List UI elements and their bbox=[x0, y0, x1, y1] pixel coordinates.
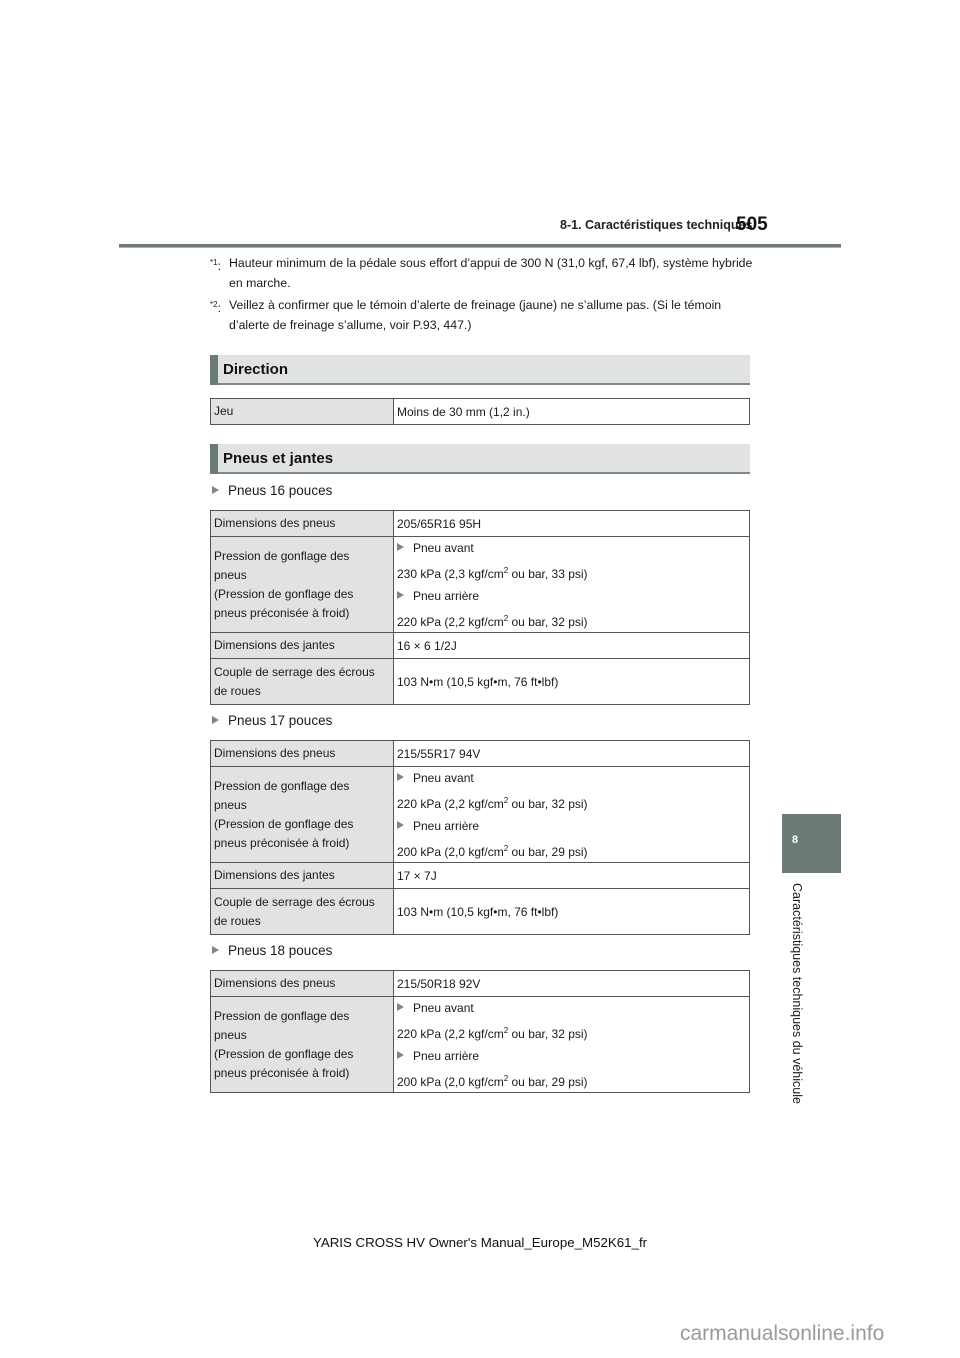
front-tire-pressure: 230 kPa (2,3 kgf/cm2 ou bar, 33 psi) bbox=[397, 564, 746, 584]
row-label: Dimensions des pneus bbox=[211, 741, 394, 767]
row-value: 103 N•m (10,5 kgf•m, 76 ft•lbf) bbox=[394, 659, 750, 705]
row-label: Couple de serrage des écrous de roues bbox=[211, 659, 394, 705]
footnote-2: *2: Veillez à confirmer que le témoin d’… bbox=[210, 295, 755, 335]
section-heading-tires: Pneus et jantes bbox=[210, 444, 750, 474]
row-label: Dimensions des jantes bbox=[211, 633, 394, 659]
footnote-1: *1: Hauteur minimum de la pédale sous ef… bbox=[210, 253, 755, 293]
table-row: Couple de serrage des écrous de roues 10… bbox=[211, 889, 750, 935]
row-value: Pneu avant 220 kPa (2,2 kgf/cm2 ou bar, … bbox=[394, 997, 750, 1093]
header-rule bbox=[119, 244, 841, 248]
row-label: Pression de gonflage des pneus (Pression… bbox=[211, 537, 394, 633]
row-value: 205/65R16 95H bbox=[394, 511, 750, 537]
direction-table: Jeu Moins de 30 mm (1,2 in.) bbox=[210, 398, 750, 425]
table-row: Couple de serrage des écrous de roues 10… bbox=[211, 659, 750, 705]
row-label: Pression de gonflage des pneus (Pression… bbox=[211, 767, 394, 863]
triangle-bullet-icon bbox=[212, 946, 219, 954]
triangle-bullet-icon bbox=[397, 1051, 404, 1059]
watermark: carmanualsonline.info bbox=[680, 1322, 884, 1346]
rear-tire-label: Pneu arrière bbox=[397, 816, 746, 836]
table-row: Pression de gonflage des pneus (Pression… bbox=[211, 537, 750, 633]
section-title: Pneus et jantes bbox=[223, 450, 333, 467]
page-number: 505 bbox=[736, 214, 768, 236]
row-label: Pression de gonflage des pneus (Pression… bbox=[211, 997, 394, 1093]
front-tire-label: Pneu avant bbox=[397, 998, 746, 1018]
heading-accent bbox=[210, 355, 218, 385]
subheading-17-inch: Pneus 17 pouces bbox=[212, 713, 332, 728]
table-row: Jeu Moins de 30 mm (1,2 in.) bbox=[211, 399, 750, 425]
row-value: 16 × 6 1/2J bbox=[394, 633, 750, 659]
subheading-18-inch: Pneus 18 pouces bbox=[212, 943, 332, 958]
row-value: 215/55R17 94V bbox=[394, 741, 750, 767]
front-tire-pressure: 220 kPa (2,2 kgf/cm2 ou bar, 32 psi) bbox=[397, 1024, 746, 1044]
row-value: Pneu avant 230 kPa (2,3 kgf/cm2 ou bar, … bbox=[394, 537, 750, 633]
tire-table-18: Dimensions des pneus 215/50R18 92V Press… bbox=[210, 970, 750, 1093]
footnote-marker: *2: bbox=[210, 295, 221, 318]
front-tire-pressure: 220 kPa (2,2 kgf/cm2 ou bar, 32 psi) bbox=[397, 794, 746, 814]
footnote-text: Veillez à confirmer que le témoin d’aler… bbox=[229, 295, 755, 335]
running-header-section: 8-1. Caractéristiques techniques bbox=[560, 218, 700, 232]
tire-table-16: Dimensions des pneus 205/65R16 95H Press… bbox=[210, 510, 750, 705]
row-label: Dimensions des pneus bbox=[211, 971, 394, 997]
row-label: Dimensions des pneus bbox=[211, 511, 394, 537]
triangle-bullet-icon bbox=[397, 821, 404, 829]
row-label: Couple de serrage des écrous de roues bbox=[211, 889, 394, 935]
footnote-text: Hauteur minimum de la pédale sous effort… bbox=[229, 253, 755, 293]
row-value: Pneu avant 220 kPa (2,2 kgf/cm2 ou bar, … bbox=[394, 767, 750, 863]
page-footer: YARIS CROSS HV Owner's Manual_Europe_M52… bbox=[0, 1235, 960, 1250]
triangle-bullet-icon bbox=[212, 486, 219, 494]
front-tire-label: Pneu avant bbox=[397, 768, 746, 788]
triangle-bullet-icon bbox=[397, 773, 404, 781]
tire-table-17: Dimensions des pneus 215/55R17 94V Press… bbox=[210, 740, 750, 935]
row-value: 103 N•m (10,5 kgf•m, 76 ft•lbf) bbox=[394, 889, 750, 935]
table-row: Pression de gonflage des pneus (Pression… bbox=[211, 767, 750, 863]
rear-tire-pressure: 220 kPa (2,2 kgf/cm2 ou bar, 32 psi) bbox=[397, 612, 746, 632]
table-row: Dimensions des pneus 215/55R17 94V bbox=[211, 741, 750, 767]
footnote-marker: *1: bbox=[210, 253, 221, 276]
table-row: Dimensions des pneus 215/50R18 92V bbox=[211, 971, 750, 997]
row-label: Dimensions des jantes bbox=[211, 863, 394, 889]
chapter-tab[interactable]: 8 bbox=[782, 814, 841, 873]
table-row: Pression de gonflage des pneus (Pression… bbox=[211, 997, 750, 1093]
rear-tire-label: Pneu arrière bbox=[397, 1046, 746, 1066]
heading-accent bbox=[210, 444, 218, 474]
section-title: Direction bbox=[223, 361, 288, 378]
row-label: Jeu bbox=[211, 399, 394, 425]
chapter-side-label: Caractéristiques techniques du véhicule bbox=[785, 883, 805, 1133]
triangle-bullet-icon bbox=[212, 716, 219, 724]
rear-tire-pressure: 200 kPa (2,0 kgf/cm2 ou bar, 29 psi) bbox=[397, 1072, 746, 1092]
row-value: Moins de 30 mm (1,2 in.) bbox=[394, 399, 750, 425]
triangle-bullet-icon bbox=[397, 1003, 404, 1011]
triangle-bullet-icon bbox=[397, 543, 404, 551]
table-row: Dimensions des pneus 205/65R16 95H bbox=[211, 511, 750, 537]
section-heading-direction: Direction bbox=[210, 355, 750, 385]
row-value: 17 × 7J bbox=[394, 863, 750, 889]
subheading-16-inch: Pneus 16 pouces bbox=[212, 483, 332, 498]
row-value: 215/50R18 92V bbox=[394, 971, 750, 997]
table-row: Dimensions des jantes 16 × 6 1/2J bbox=[211, 633, 750, 659]
rear-tire-label: Pneu arrière bbox=[397, 586, 746, 606]
chapter-number: 8 bbox=[792, 834, 798, 846]
rear-tire-pressure: 200 kPa (2,0 kgf/cm2 ou bar, 29 psi) bbox=[397, 842, 746, 862]
front-tire-label: Pneu avant bbox=[397, 538, 746, 558]
triangle-bullet-icon bbox=[397, 591, 404, 599]
table-row: Dimensions des jantes 17 × 7J bbox=[211, 863, 750, 889]
